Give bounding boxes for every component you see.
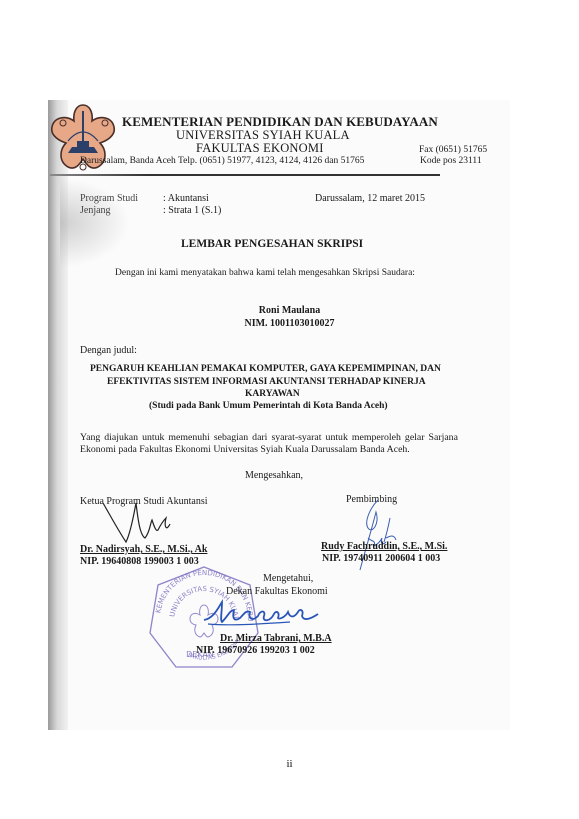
purpose-line-2: Ekonomi pada Fakultas Ekonomi Universita… xyxy=(80,444,410,455)
letterhead-divider xyxy=(50,174,440,176)
approval-text: Mengesahkan, xyxy=(245,470,303,481)
program-value: : Akuntansi xyxy=(163,193,209,204)
head-name: Dr. Nadirsyah, S.E., M.Si., Ak xyxy=(80,544,207,555)
student-name: Roni Maulana xyxy=(0,305,579,316)
place-date: Darussalam, 12 maret 2015 xyxy=(315,193,425,204)
dean-signature xyxy=(200,596,330,632)
scan-shadow-blotch xyxy=(60,178,130,268)
document-title: LEMBAR PENGESAHAN SKRIPSI xyxy=(181,238,363,250)
supervisor-name: Rudy Fachruddin, S.E., M.Si. xyxy=(321,541,447,552)
supervisor-nip: NIP. 19740911 200604 1 003 xyxy=(322,553,440,564)
level-value: : Strata 1 (S.1) xyxy=(163,205,221,216)
intro-text: Dengan ini kami menyatakan bahwa kami te… xyxy=(115,268,415,278)
letterhead-faculty: FAKULTAS EKONOMI xyxy=(196,141,324,156)
thesis-title-line-2: EFEKTIVITAS SISTEM INFORMASI AKUNTANSI T… xyxy=(107,377,426,387)
head-signature xyxy=(100,500,180,550)
letterhead-postal-code: Kode pos 23111 xyxy=(420,156,482,166)
dean-name: Dr. Mirza Tabrani, M.B.A xyxy=(220,633,332,644)
program-label: Program Studi xyxy=(80,193,138,204)
level-label: Jenjang xyxy=(80,205,111,216)
thesis-title-line-3: KARYAWAN xyxy=(245,389,300,399)
purpose-line-1: Yang diajukan untuk memenuhi sebagian da… xyxy=(80,432,458,443)
dean-nip: NIP. 19670926 199203 1 002 xyxy=(196,645,315,656)
thesis-title-line-1: PENGARUH KEAHLIAN PEMAKAI KOMPUTER, GAYA… xyxy=(90,364,441,374)
student-nim: NIM. 1001103010027 xyxy=(0,318,579,329)
letterhead-fax: Fax (0651) 51765 xyxy=(419,145,487,155)
letterhead-address: Darussalam, Banda Aceh Telp. (0651) 5197… xyxy=(80,156,364,166)
thesis-subtitle: (Studi pada Bank Umum Pemerintah di Kota… xyxy=(149,401,388,411)
acknowledged-text: Mengetahui, xyxy=(263,573,313,584)
title-label: Dengan judul: xyxy=(80,345,137,356)
page-number: ii xyxy=(0,758,579,770)
